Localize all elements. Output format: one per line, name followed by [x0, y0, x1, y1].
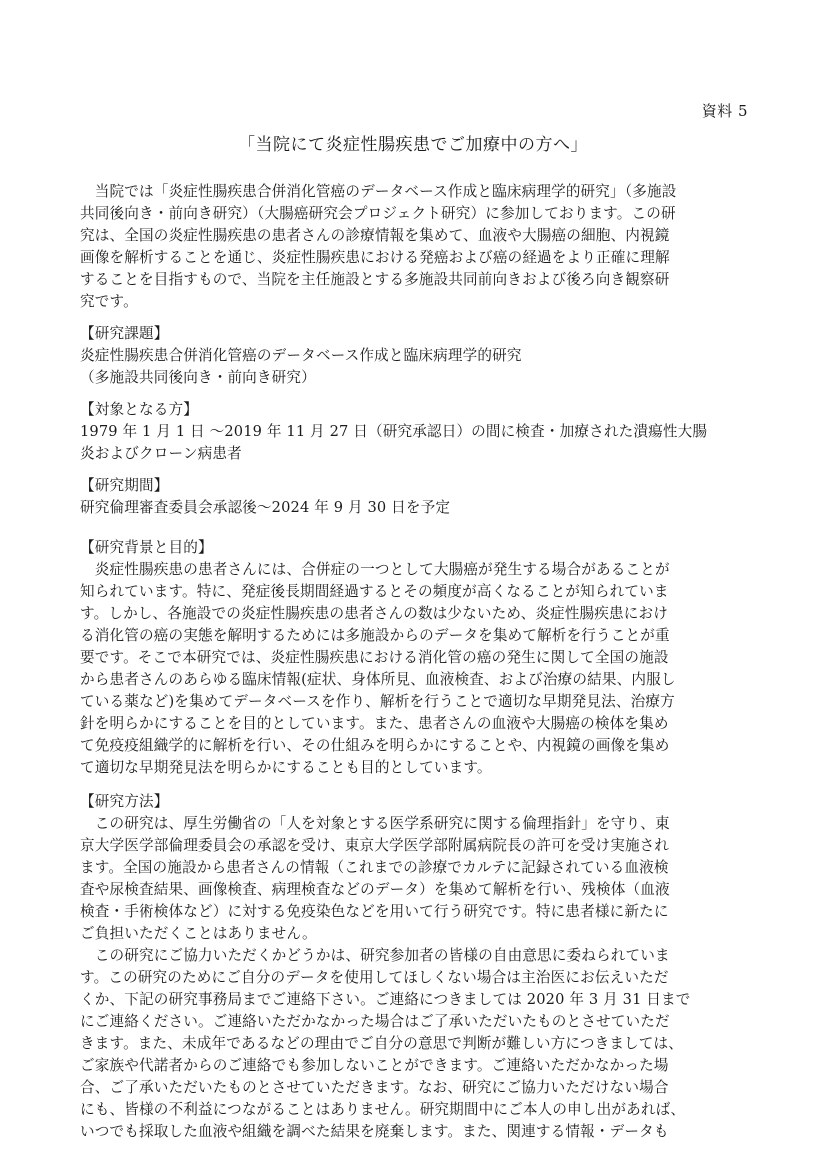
method-line: くか、下記の研究事務局までご連絡下さい。ご連絡につきましては 2020 年 3 … — [80, 990, 760, 1009]
method-line: ます。全国の施設から患者さんの情報（これまでの診療でカルテに記録されている血液検 — [80, 858, 760, 877]
intro-line: 共同後向き・前向き研究）（大腸癌研究会プロジェクト研究）に参加しております。この… — [80, 204, 760, 223]
method-line: 京大学医学部倫理委員会の承認を受け、東京大学医学部附属病院長の許可を受け実施され — [80, 836, 760, 855]
method-line: この研究にご協力いただくかどうかは、研究参加者の皆様の自由意思に委ねられていま — [80, 946, 760, 965]
document-title: 「当院にて炎症性腸疾患でご加療中の方へ」 — [0, 130, 826, 155]
background-line: て免疫疫組織学的に解析を行い、その仕組みを明らかにすることや、内視鏡の画像を集め — [80, 736, 760, 755]
section-heading-method: 【研究方法】 — [80, 792, 760, 811]
section-heading-background: 【研究背景と目的】 — [80, 538, 760, 557]
method-line: 合、ご了承いただいたものとさせていただきます。なお、研究にご協力いただけない場合 — [80, 1078, 760, 1097]
method-line: 査や尿検査結果、画像検査、病理検査などのデータ）を集めて解析を行い、残検体（血液 — [80, 880, 760, 899]
background-line: る消化管の癌の実態を解明するためには多施設からのデータを集めて解析を行うことが重 — [80, 626, 760, 645]
intro-line: 究は、全国の炎症性腸疾患の患者さんの診療情報を集めて、血液や大腸癌の細胞、内視鏡 — [80, 226, 760, 245]
method-line: す。この研究のためにご自分のデータを使用してほしくない場合は主治医にお伝えいただ — [80, 968, 760, 987]
background-line: 要です。そこで本研究では、炎症性腸疾患における消化管の癌の発生に関して全国の施設 — [80, 648, 760, 667]
background-line: 炎症性腸疾患の患者さんには、合併症の一つとして大腸癌が発生する場合があることが — [80, 560, 760, 579]
method-line: にも、皆様の不利益につながることはありません。研究期間中にご本人の申し出があれば… — [80, 1100, 760, 1119]
document-page: 資料 5 「当院にて炎症性腸疾患でご加療中の方へ」 当院では「炎症性腸疾患合併消… — [0, 0, 826, 1169]
research-title-line: （多施設共同後向き・前向き研究） — [80, 368, 760, 387]
method-line: にご連絡ください。ご連絡いただかなかった場合はご了承いただいたものとさせていただ — [80, 1012, 760, 1031]
document-label: 資料 5 — [702, 100, 748, 121]
method-line: ご家族や代諾者からのご連絡でも参加しないことができます。ご連絡いただかなかった場 — [80, 1056, 760, 1075]
background-line: から患者さんのあらゆる臨床情報(症状、身体所見、血液検査、および治療の結果、内服… — [80, 670, 760, 689]
research-title-line: 炎症性腸疾患合併消化管癌のデータベース作成と臨床病理学的研究 — [80, 346, 760, 365]
intro-line: 画像を解析することを通じ、炎症性腸疾患における発癌および癌の経過をより正確に理解 — [80, 248, 760, 267]
target-line: 1979 年 1 月 1 日 ～2019 年 11 月 27 日（研究承認日）の… — [80, 422, 760, 441]
intro-line: することを目指すもので、当院を主任施設とする多施設共同前向きおよび後ろ向き観察研 — [80, 270, 760, 289]
target-line: 炎およびクローン病患者 — [80, 444, 760, 463]
intro-line: 当院では「炎症性腸疾患合併消化管癌のデータベース作成と臨床病理学的研究」（多施設 — [80, 182, 760, 201]
background-line: 知られています。特に、発症後長期間経過するとその頻度が高くなることが知られていま — [80, 582, 760, 601]
section-heading-period: 【研究期間】 — [80, 476, 760, 495]
method-line: この研究は、厚生労働省の「人を対象とする医学系研究に関する倫理指針」を守り、東 — [80, 814, 760, 833]
intro-line: 究です。 — [80, 292, 760, 311]
method-line: ご負担いただくことはありません。 — [80, 924, 760, 943]
background-line: ている薬など)を集めてデータベースを作り、解析を行うことで適切な早期発見法、治療… — [80, 692, 760, 711]
method-line: 検査・手術検体など）に対する免疫染色などを用いて行う研究です。特に患者様に新たに — [80, 902, 760, 921]
section-heading-research-title: 【研究課題】 — [80, 324, 760, 343]
background-line: て適切な早期発見法を明らかにすることも目的としています。 — [80, 758, 760, 777]
method-line: いつでも採取した血液や組織を調べた結果を廃棄します。また、関連する情報・データも — [80, 1122, 760, 1141]
background-line: す。しかし、各施設での炎症性腸疾患の患者さんの数は少ないため、炎症性腸疾患におけ — [80, 604, 760, 623]
section-heading-target: 【対象となる方】 — [80, 400, 760, 419]
background-line: 針を明らかにすることを目的としています。また、患者さんの血液や大腸癌の検体を集め — [80, 714, 760, 733]
period-line: 研究倫理審査委員会承認後～2024 年 9 月 30 日を予定 — [80, 498, 760, 517]
method-line: きます。また、未成年であるなどの理由でご自分の意思で判断が難しい方につきましては… — [80, 1034, 760, 1053]
